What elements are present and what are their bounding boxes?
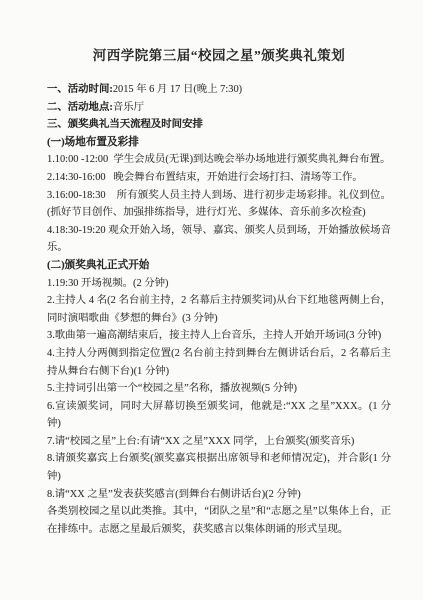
meta-flow-heading-label: 三、颁奖典礼当天流程及时间安排 <box>47 119 203 130</box>
schedule-item-ceremony-3: 3.歌曲第一遍高潮结束后，接主持人上台音乐，主持人开始开场词(3 分钟) <box>47 327 391 345</box>
document-page: 河西学院第三届“校园之星”颁奖典礼策划 一、活动时间:2015 年 6 月 17… <box>0 0 423 600</box>
schedule-item-setup-1: 1.10:00 -12:00 学生会成员(无课)到达晚会举办场地进行颁奖典礼舞台… <box>47 151 391 169</box>
meta-activity-time: 一、活动时间:2015 年 6 月 17 日(晚上 7:30) <box>47 81 391 99</box>
schedule-item-setup-2: 2.14:30-16:00 晚会舞台布置结束，开始进行会场打扫、清场等工作。 <box>47 169 391 187</box>
schedule-item-ceremony-9: 8.请“XX 之星”发表获奖感言(到舞台右侧讲话台)(2 分钟) <box>47 486 391 504</box>
section1-heading: (一)场地布置及彩排 <box>47 134 391 152</box>
section2-heading: (二)颁奖典礼正式开始 <box>47 257 391 275</box>
document-title: 河西学院第三届“校园之星”颁奖典礼策划 <box>47 47 391 65</box>
meta-activity-venue-label: 二、活动地点: <box>47 102 113 113</box>
document-content: 河西学院第三届“校园之星”颁奖典礼策划 一、活动时间:2015 年 6 月 17… <box>47 47 391 538</box>
meta-activity-venue: 二、活动地点:音乐厅 <box>47 99 391 117</box>
schedule-item-ceremony-7: 7.请“校园之星”上台:有请“XX 之星”XXX 同学，上台颁奖(颁奖音乐) <box>47 433 391 451</box>
meta-activity-venue-value: 音乐厅 <box>113 102 144 113</box>
schedule-item-ceremony-1: 1.19:30 开场视频。(2 分钟) <box>47 275 391 293</box>
closing-note: 各类别校园之星以此类推。其中，“团队之星”和“志愿之星”以集体上台，正在排练中。… <box>47 503 391 538</box>
schedule-item-ceremony-2: 2.主持人 4 名(2 名台前主持，2 名幕后主持颁奖词)从台下红地毯两侧上台，… <box>47 292 391 327</box>
schedule-item-ceremony-5: 5.主持词引出第一个“校园之星”名称，播放视频(5 分钟) <box>47 380 391 398</box>
schedule-item-ceremony-8: 8.请颁奖嘉宾上台颁奖(颁奖嘉宾根据出席领导和老师情况定)，并合影(1 分钟) <box>47 450 391 485</box>
schedule-item-setup-3: 3.16:00-18:30 所有颁奖人员主持人到场、进行初步走场彩排。礼仪到位。… <box>47 187 391 222</box>
schedule-item-ceremony-4: 4.主持人分两侧到指定位置(2 名台前主持到舞台左侧讲话台后，2 名幕后主持从舞… <box>47 345 391 380</box>
meta-activity-time-value: 2015 年 6 月 17 日(晚上 7:30) <box>113 84 242 95</box>
meta-activity-time-label: 一、活动时间: <box>47 84 113 95</box>
meta-flow-heading: 三、颁奖典礼当天流程及时间安排 <box>47 116 391 134</box>
schedule-item-ceremony-6: 6.宣读颁奖词，同时大屏幕切换至颁奖词，他就是:“XX 之星”XXX。(1 分钟… <box>47 398 391 433</box>
schedule-item-setup-4: 4.18:30-19:20 观众开始入场，领导、嘉宾、颁奖人员到场，开始播放候场… <box>47 222 391 257</box>
